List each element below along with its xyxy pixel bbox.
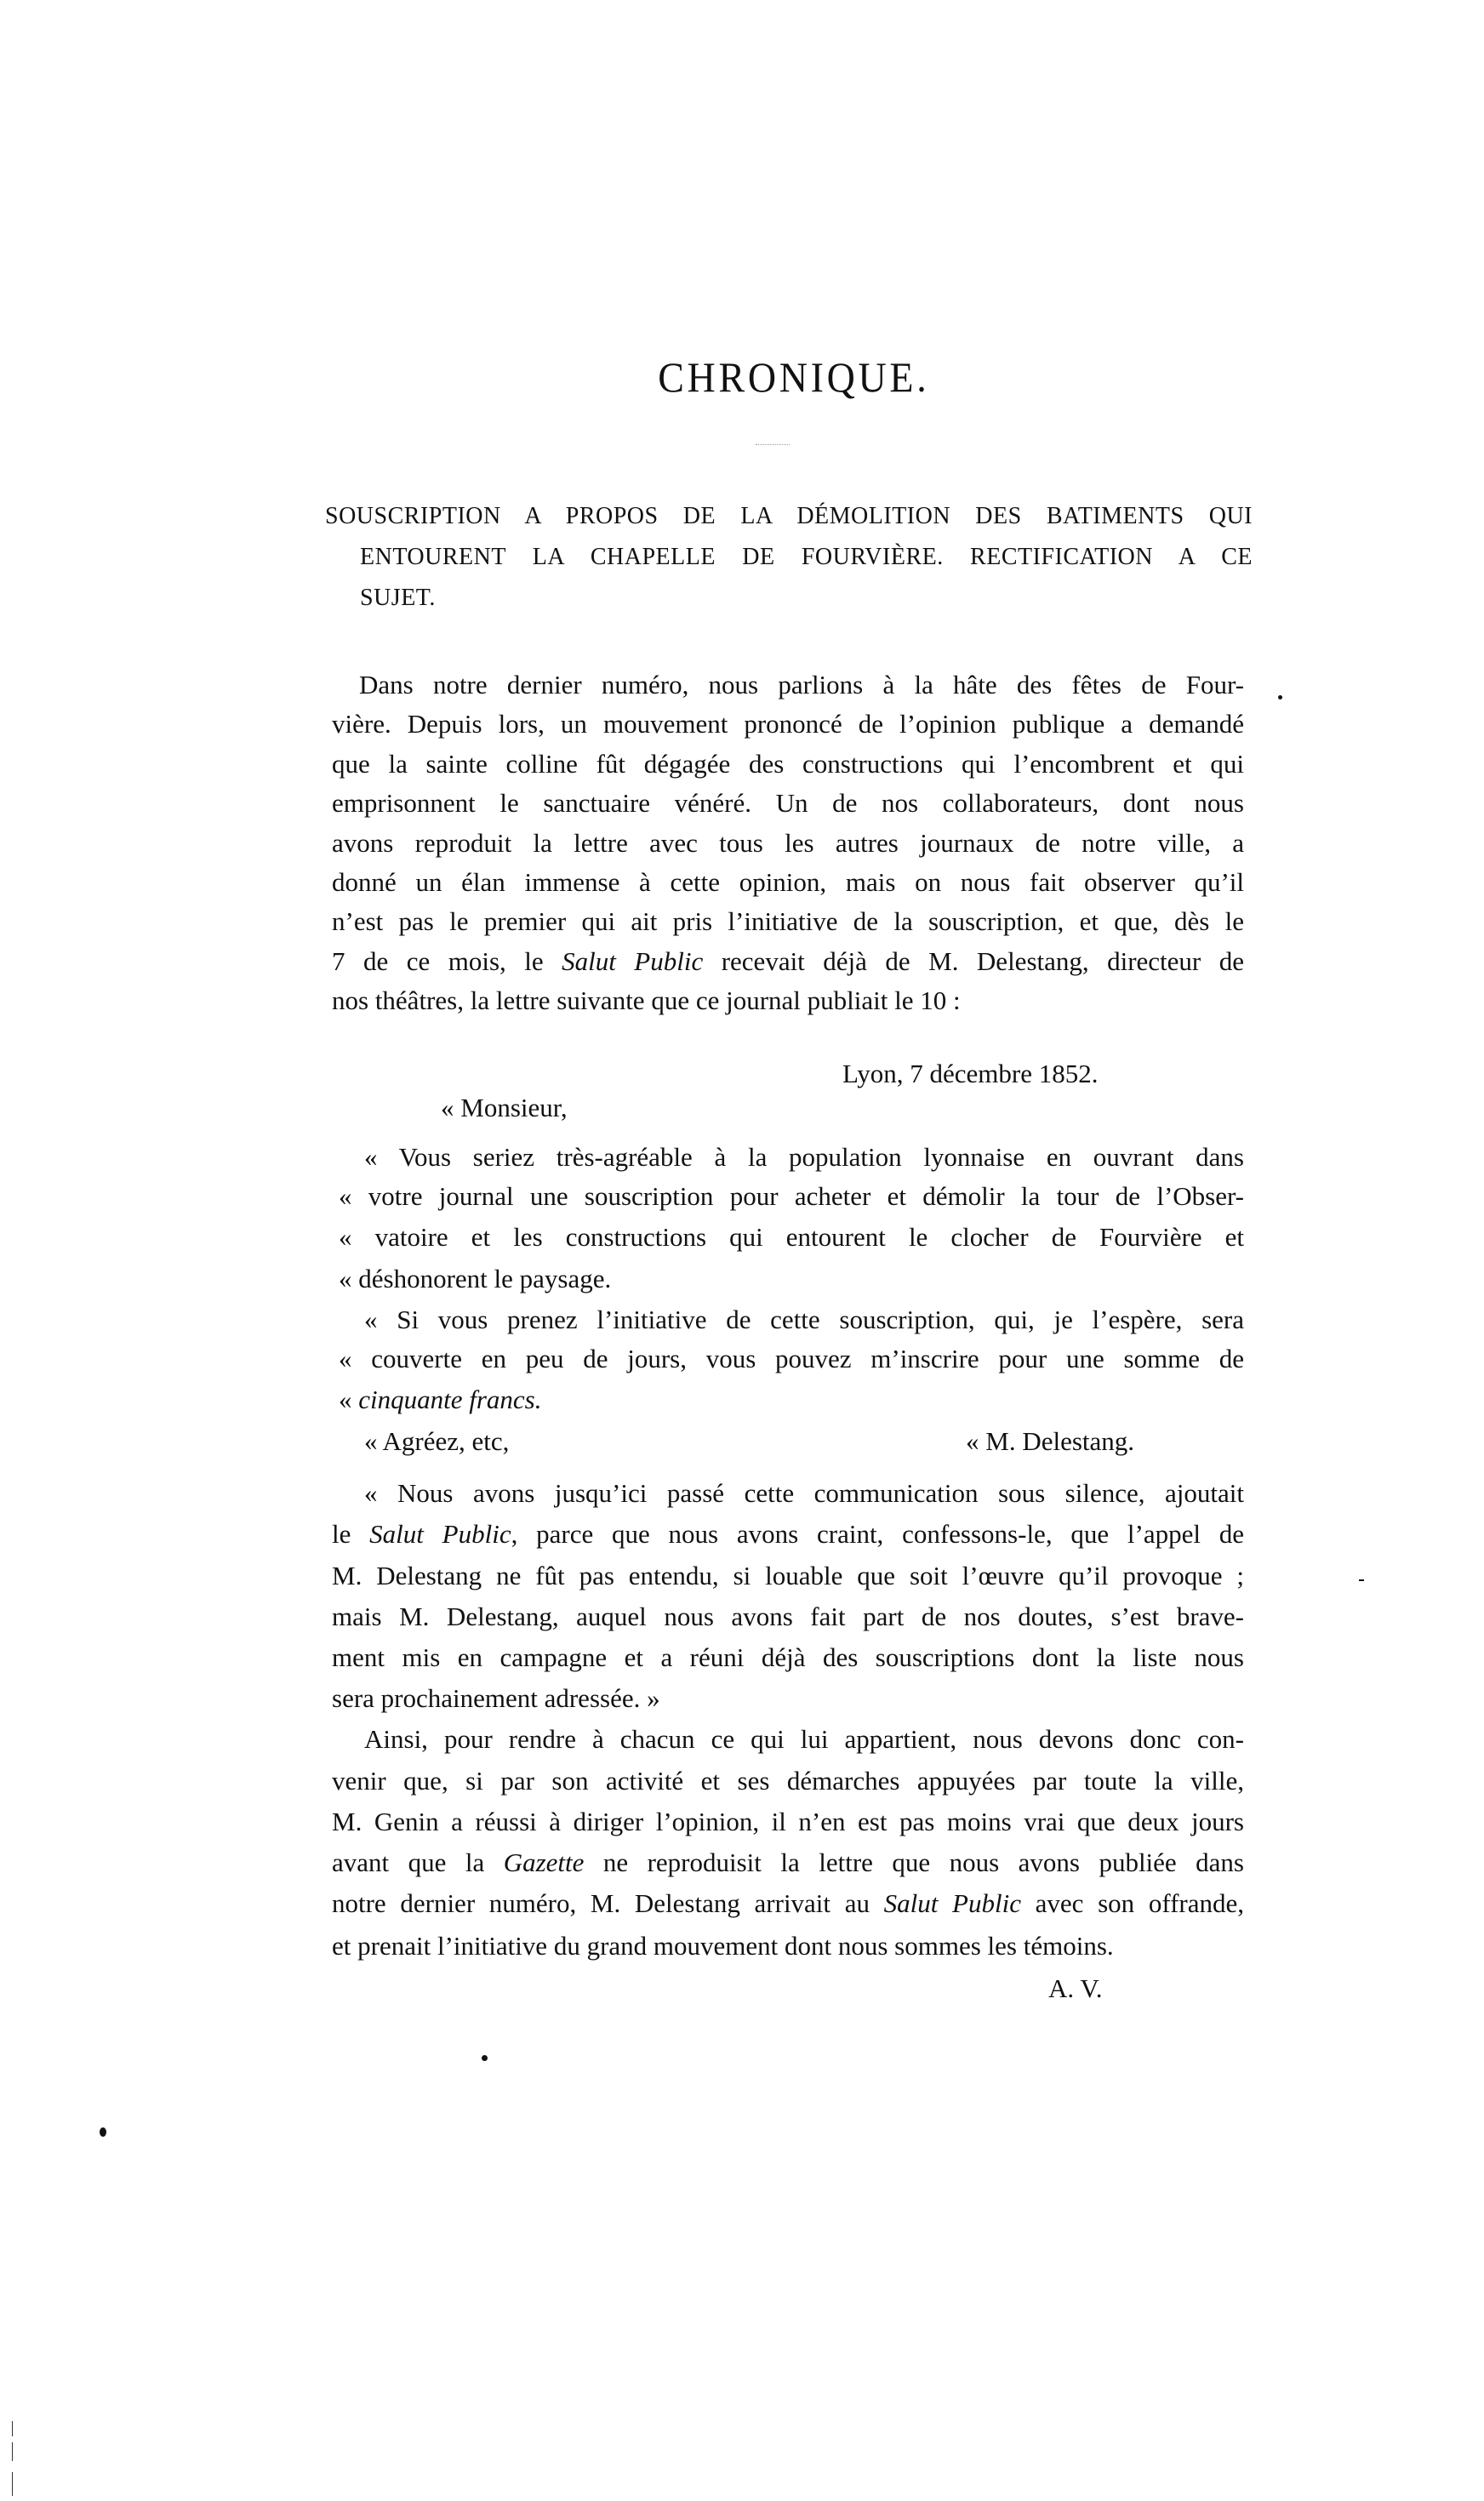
letter-line: « couverte en peu de jours, vous pouvez … xyxy=(339,1342,1244,1376)
text-run: recevait déjà de M. Delestang, directeur… xyxy=(703,946,1244,976)
text-run: déshonorent le paysage. xyxy=(358,1264,611,1293)
letter-salutation: « Monsieur, xyxy=(441,1091,568,1125)
paragraph-line: donné un élan immense à cette opinion, m… xyxy=(332,865,1244,899)
quote-line: mais M. Delestang, auquel nous avons fai… xyxy=(332,1600,1244,1634)
paragraph-line: avant que la Gazette ne reproduisit la l… xyxy=(332,1846,1244,1880)
scan-speck xyxy=(100,2127,106,2137)
paragraph-line: Ainsi, pour rendre à chacun ce qui lui a… xyxy=(364,1722,1244,1756)
text-run: ne reproduisit la lettre que nous avons … xyxy=(584,1847,1244,1877)
text-run: Agréez, etc, xyxy=(383,1426,510,1456)
quote-mark: « xyxy=(339,1181,352,1211)
scan-speck xyxy=(1278,695,1282,699)
quote-mark: « xyxy=(364,1305,378,1334)
paragraph-line: Dans notre dernier numéro, nous parlions… xyxy=(359,668,1244,702)
quote-line: M. Delestang ne fût pas entendu, si loua… xyxy=(332,1559,1244,1593)
author-initials: A. V. xyxy=(1048,1972,1102,2006)
text-run: Vous seriez très-agréable à la populatio… xyxy=(399,1142,1244,1172)
document-page: CHRONIQUE. SOUSCRIPTION A PROPOS DE LA D… xyxy=(0,0,1484,2501)
letter-dateline: Lyon, 7 décembre 1852. xyxy=(842,1057,1098,1091)
newspaper-name: Salut Public xyxy=(884,1888,1021,1918)
newspaper-name: Gazette xyxy=(504,1847,585,1877)
margin-mark xyxy=(12,2442,13,2461)
paragraph-line: n’est pas le premier qui ait pris l’init… xyxy=(332,905,1244,939)
subtitle-line: ENTOURENT LA CHAPELLE DE FOURVIÈRE. RECT… xyxy=(360,540,1253,574)
letter-line: « Si vous prenez l’initiative de cette s… xyxy=(364,1303,1244,1337)
subtitle-line: SUJET. xyxy=(360,581,436,615)
quote-line: le Salut Public, parce que nous avons cr… xyxy=(332,1517,1244,1551)
newspaper-name: Salut Public xyxy=(562,946,703,976)
text-run: votre journal une souscription pour ache… xyxy=(368,1181,1244,1211)
text-run: notre dernier numéro, M. Delestang arriv… xyxy=(332,1888,884,1918)
paragraph-line: vière. Depuis lors, un mouvement prononc… xyxy=(332,707,1244,741)
letter-line: « cinquante francs. xyxy=(339,1383,542,1417)
letter-line: « votre journal une souscription pour ac… xyxy=(339,1179,1244,1213)
scan-speck xyxy=(1359,1579,1364,1581)
scan-speck xyxy=(482,2055,488,2061)
text-run: cinquante francs. xyxy=(358,1385,541,1414)
quote-line: « Nous avons jusqu’ici passé cette commu… xyxy=(364,1476,1244,1510)
text-run: 7 de ce mois, le xyxy=(332,946,562,976)
letter-line: « Vous seriez très-agréable à la populat… xyxy=(364,1140,1244,1174)
newspaper-name: Salut Public xyxy=(369,1519,511,1549)
text-run: avant que la xyxy=(332,1847,504,1877)
quote-mark: « xyxy=(339,1222,352,1252)
paragraph-line: emprisonnent le sanctuaire vénéré. Un de… xyxy=(332,786,1244,820)
letter-line: « déshonorent le paysage. xyxy=(339,1262,611,1296)
text-run: avec son offrande, xyxy=(1021,1888,1244,1918)
text-run: le xyxy=(332,1519,369,1549)
margin-mark xyxy=(12,2472,13,2496)
quote-line: sera prochainement adressée. » xyxy=(332,1682,660,1716)
quote-mark: « xyxy=(364,1142,378,1172)
quote-mark: « xyxy=(339,1264,352,1293)
paragraph-line: M. Genin a réussi à diriger l’opinion, i… xyxy=(332,1805,1244,1839)
paragraph-line: avons reproduit la lettre avec tous les … xyxy=(332,826,1244,860)
text-run: vatoire et les constructions qui entoure… xyxy=(375,1222,1244,1252)
quote-line: ment mis en campagne et a réuni déjà des… xyxy=(332,1641,1244,1675)
letter-closing: « Agréez, etc, xyxy=(364,1425,509,1459)
text-run: Si vous prenez l’initiative de cette sou… xyxy=(397,1305,1244,1334)
quote-mark: « xyxy=(364,1426,378,1456)
paragraph-line: et prenait l’initiative du grand mouveme… xyxy=(332,1929,1114,1963)
paragraph-line: que la sainte colline fût dégagée des co… xyxy=(332,747,1244,781)
paragraph-line: venir que, si par son activité et ses dé… xyxy=(332,1764,1244,1798)
paragraph-line: 7 de ce mois, le Salut Public recevait d… xyxy=(332,945,1244,979)
text-run: couverte en peu de jours, vous pouvez m’… xyxy=(371,1344,1244,1373)
letter-line: « vatoire et les constructions qui entou… xyxy=(339,1220,1244,1254)
quote-mark: « xyxy=(339,1344,352,1373)
paragraph-line: nos théâtres, la lettre suivante que ce … xyxy=(332,984,961,1018)
page-title: CHRONIQUE. xyxy=(658,352,916,402)
quote-mark: « xyxy=(339,1385,352,1414)
text-run: , parce que nous avons craint, confesson… xyxy=(511,1519,1244,1549)
margin-mark xyxy=(12,2421,13,2436)
title-divider xyxy=(756,444,790,445)
paragraph-line: notre dernier numéro, M. Delestang arriv… xyxy=(332,1887,1244,1921)
subtitle-line: SOUSCRIPTION A PROPOS DE LA DÉMOLITION D… xyxy=(325,500,1253,534)
letter-signature: « M. Delestang. xyxy=(966,1425,1134,1459)
